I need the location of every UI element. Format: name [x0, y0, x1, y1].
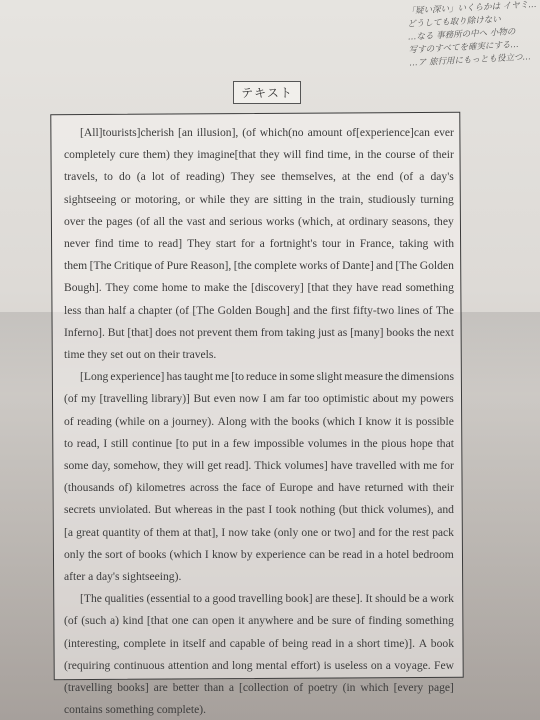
word: train, — [339, 189, 363, 211]
word: work — [430, 588, 454, 610]
word: of — [265, 477, 275, 499]
word: are — [254, 189, 268, 211]
word: time)]. — [384, 633, 415, 655]
word: a — [229, 677, 234, 699]
word: my — [402, 388, 417, 410]
word: It — [365, 588, 372, 610]
word: the — [88, 211, 102, 233]
word: (of — [400, 166, 414, 188]
word: know — [212, 544, 238, 566]
word: in — [307, 189, 316, 211]
word: volumes), — [388, 499, 434, 521]
word: never — [64, 233, 90, 255]
word: the — [364, 433, 378, 455]
word: serious — [229, 211, 262, 233]
word: while — [199, 189, 225, 211]
word: I — [263, 388, 267, 410]
word: Bough] — [255, 300, 290, 322]
word: their — [433, 477, 454, 499]
text-line: completelycurethem)theyimagine[thattheyw… — [58, 144, 458, 166]
word: of — [293, 677, 303, 699]
word: are — [315, 588, 329, 610]
word: bedroom — [413, 544, 454, 566]
word: turning — [420, 189, 454, 211]
word: is — [405, 411, 413, 433]
word: [many] — [350, 322, 383, 344]
word: end — [377, 166, 394, 188]
word: hope — [410, 433, 433, 455]
word: the — [88, 544, 102, 566]
word: Critique — [114, 255, 152, 277]
word: fortnight's — [270, 233, 317, 255]
word: (of — [64, 388, 78, 410]
text-line: contains something complete). — [58, 699, 458, 720]
word: (thousands — [64, 477, 114, 499]
word: they — [230, 189, 250, 211]
word: [collection — [239, 677, 289, 699]
word: volumes] — [285, 455, 328, 477]
word: the — [356, 166, 370, 188]
word: some — [290, 366, 314, 388]
text-line: lessthanhalfachapter(of[TheGoldenBough]a… — [58, 300, 458, 322]
word: have — [356, 277, 378, 299]
text-line: after a day's sightseeing). — [58, 566, 458, 588]
word: Dante] — [342, 255, 374, 277]
word: [The — [80, 588, 102, 610]
word: book] — [286, 588, 313, 610]
word: with — [408, 477, 429, 499]
word: and — [212, 655, 229, 677]
word: from — [261, 322, 284, 344]
word: with — [433, 233, 454, 255]
text-line: someday,somehow,theywillgetread].Thickvo… — [58, 455, 458, 477]
word: of — [170, 166, 180, 188]
word: to — [104, 166, 113, 188]
word: and — [376, 255, 393, 277]
word: impossible — [254, 433, 304, 455]
word: [The — [395, 255, 417, 277]
word: anywhere — [248, 610, 293, 632]
word: (of — [175, 300, 189, 322]
word: effort) — [291, 655, 320, 677]
word: start — [216, 233, 236, 255]
text-line: (interesting,completeinitselfandcapableo… — [58, 633, 458, 655]
word: qualities — [105, 588, 144, 610]
word: and — [437, 499, 454, 521]
word: illusion], — [197, 122, 239, 144]
word: kind — [123, 610, 144, 632]
word: motoring, — [135, 189, 180, 211]
word: pack — [432, 522, 454, 544]
text-line: [Longexperience]hastaughtme[toreduceinso… — [58, 366, 458, 388]
word: take — [251, 522, 270, 544]
word: Along — [218, 411, 247, 433]
word: will — [186, 455, 204, 477]
word: books — [292, 411, 320, 433]
word: with — [399, 455, 420, 477]
word: or — [121, 189, 131, 211]
word: hotel — [386, 544, 409, 566]
word: for — [440, 455, 454, 477]
word: (which — [170, 544, 202, 566]
word: The — [436, 300, 454, 322]
text-line: [All]tourists]cherish[anillusion],(ofwhi… — [58, 122, 458, 144]
word: books — [139, 544, 167, 566]
word: across — [190, 477, 219, 499]
word: volumes — [308, 433, 347, 455]
word: them — [156, 522, 179, 544]
word: have — [331, 455, 353, 477]
word: I — [358, 411, 362, 433]
word: a — [205, 588, 210, 610]
word: continue — [132, 433, 172, 455]
word: all — [153, 211, 165, 233]
word: has — [166, 366, 181, 388]
word: [that — [308, 277, 329, 299]
word: Bough]. — [64, 277, 102, 299]
word: a — [129, 300, 134, 322]
word: my — [81, 388, 96, 410]
word: lines — [398, 300, 420, 322]
word: see — [261, 166, 276, 188]
word: next — [434, 322, 454, 344]
word: in — [366, 544, 375, 566]
word: is — [324, 655, 332, 677]
word: for — [241, 233, 255, 255]
word: short — [357, 633, 380, 655]
word: But — [154, 499, 171, 521]
text-line: [agreatquantityofthematthat],Inowtake(on… — [58, 522, 458, 544]
word: ever — [434, 122, 454, 144]
word: kilometres — [137, 477, 186, 499]
word: them — [235, 322, 258, 344]
word: Europe — [279, 477, 312, 499]
word: be — [328, 544, 339, 566]
word: half — [108, 300, 126, 322]
text-line: neverfindtimetoread]Theystartforafortnig… — [58, 233, 458, 255]
word: optimistic — [323, 388, 369, 410]
word: of — [126, 544, 136, 566]
word: read]. — [225, 455, 252, 477]
text-line: secretsunviolated.ButwhereasinthepastIto… — [58, 499, 458, 521]
word: which — [360, 677, 388, 699]
word: time — [119, 233, 140, 255]
word: rest — [412, 522, 429, 544]
word: (essential — [147, 588, 191, 610]
word: of — [419, 144, 429, 166]
word: than — [204, 677, 224, 699]
word: in — [279, 366, 288, 388]
word: books] — [117, 677, 149, 699]
word: (travelling — [64, 677, 112, 699]
word: which(no — [260, 122, 304, 144]
word: journey). — [172, 411, 214, 433]
word: prevent — [197, 322, 232, 344]
word: a — [378, 544, 383, 566]
text-line: ofreading(whileonajourney).Alongwiththeb… — [58, 411, 458, 433]
text-line: Bough].Theycomehometomakethe[discovery][… — [58, 277, 458, 299]
word: or — [185, 189, 195, 211]
word: in — [170, 633, 179, 655]
section-label: テキスト — [233, 81, 301, 104]
word: imagine[that — [197, 144, 256, 166]
word: They — [105, 277, 129, 299]
word: the — [385, 366, 399, 388]
word: [every — [394, 677, 424, 699]
word: A — [419, 633, 427, 655]
word: and — [317, 477, 334, 499]
word: of — [64, 411, 74, 433]
word: the — [417, 322, 431, 344]
word: (such — [81, 610, 106, 632]
word: on — [148, 411, 160, 433]
word: ordinary — [349, 211, 388, 233]
word: of — [330, 255, 340, 277]
word: and — [293, 300, 310, 322]
word: a — [419, 166, 424, 188]
word: over — [64, 211, 85, 233]
word: their — [433, 144, 454, 166]
word: the — [229, 499, 243, 521]
word: of — [154, 255, 164, 277]
word: I — [268, 499, 272, 521]
word: But — [108, 322, 125, 344]
word: only — [64, 544, 85, 566]
word: still — [111, 433, 128, 455]
word: and — [209, 633, 226, 655]
word: experience] — [110, 366, 164, 388]
text-line: (thousandsof)kilometresacrossthefaceofEu… — [58, 477, 458, 499]
word: (which — [323, 411, 355, 433]
word: (of — [242, 122, 256, 144]
word: unviolated. — [99, 499, 151, 521]
word: measure — [344, 366, 383, 388]
word: home — [162, 277, 188, 299]
word: open — [212, 610, 235, 632]
word: library)] — [151, 388, 190, 410]
word: to — [193, 588, 202, 610]
word: took — [276, 499, 297, 521]
word: [to — [231, 366, 244, 388]
word: continuous — [114, 655, 165, 677]
word: themselves, — [282, 166, 336, 188]
word: chapter — [138, 300, 172, 322]
word: now — [228, 522, 248, 544]
word: Few — [434, 655, 454, 677]
text-line: them[TheCritiqueofPureReason],[thecomple… — [58, 255, 458, 277]
word: they — [174, 144, 194, 166]
word: (while — [115, 411, 145, 433]
word: [The — [192, 300, 214, 322]
word: me — [215, 366, 229, 388]
word: now — [239, 388, 259, 410]
word: They — [187, 233, 211, 255]
word: one — [172, 610, 189, 632]
word: fifty-two — [353, 300, 394, 322]
word: finding — [368, 610, 402, 632]
word: possible — [416, 411, 454, 433]
word: completely — [64, 144, 116, 166]
word: a — [163, 411, 168, 433]
word: taught — [184, 366, 213, 388]
word: books — [386, 322, 414, 344]
word: just — [318, 322, 335, 344]
word: in — [351, 433, 360, 455]
word: (of — [136, 211, 150, 233]
word: taking — [399, 233, 428, 255]
word: get — [207, 455, 221, 477]
word: come — [133, 277, 158, 299]
word: (a — [137, 166, 146, 188]
word: studiously — [368, 189, 416, 211]
word: first — [331, 300, 350, 322]
word: it — [238, 610, 244, 632]
text-line: (of(sucha)kind[thatonecanopenitanywherea… — [58, 610, 458, 632]
word: make — [204, 277, 229, 299]
word: them) — [143, 144, 170, 166]
word: quantity — [102, 522, 140, 544]
word: voyage. — [394, 655, 430, 677]
word: the — [169, 211, 183, 233]
word: travels, — [64, 166, 98, 188]
word: the — [223, 477, 237, 499]
word: to — [191, 277, 200, 299]
word: good — [213, 588, 236, 610]
word: read, — [77, 433, 100, 455]
word: France, — [360, 233, 394, 255]
word: [a — [64, 522, 73, 544]
word: it — [395, 411, 401, 433]
word: a — [224, 433, 229, 455]
word: day's — [430, 166, 453, 188]
word: me — [423, 455, 437, 477]
word: two] — [334, 522, 355, 544]
word: to — [144, 233, 153, 255]
word: complete — [123, 633, 166, 655]
document-body: [All]tourists]cherish[anillusion],(ofwhi… — [58, 122, 458, 720]
word: nothing — [300, 499, 335, 521]
word: to — [64, 433, 73, 455]
word: [the — [234, 255, 252, 277]
word: read — [312, 633, 332, 655]
word: in — [216, 499, 225, 521]
word: works — [266, 211, 294, 233]
word: They — [231, 166, 255, 188]
word: does — [155, 322, 176, 344]
word: and — [209, 211, 226, 233]
word: in — [355, 144, 364, 166]
word: put — [192, 433, 207, 455]
word: reading — [77, 411, 112, 433]
word: of — [144, 522, 154, 544]
word: book — [431, 633, 454, 655]
word: find — [305, 144, 324, 166]
word: [discovery] — [251, 277, 304, 299]
word: they — [434, 211, 454, 233]
word: page] — [428, 677, 454, 699]
word: pages — [106, 211, 132, 233]
word: Reason], — [190, 255, 231, 277]
word: time, — [327, 144, 351, 166]
word: Golden — [420, 255, 454, 277]
word: be — [409, 588, 420, 610]
word: the — [320, 189, 334, 211]
word: read — [343, 544, 363, 566]
word: poetry — [308, 677, 338, 699]
word: be — [317, 610, 328, 632]
word: the — [233, 277, 247, 299]
word: travelling — [238, 588, 282, 610]
word: thick — [361, 499, 384, 521]
word: sitting — [273, 189, 302, 211]
word: past — [246, 499, 265, 521]
word: at — [337, 211, 345, 233]
word: read] — [158, 233, 182, 255]
word: powers — [420, 388, 454, 410]
word: or — [321, 522, 331, 544]
word: of — [355, 610, 365, 632]
word: by — [241, 544, 253, 566]
word: secrets — [64, 499, 96, 521]
word: that], — [194, 522, 218, 544]
text-line: sightseeingormotoring,orwhiletheyaresitt… — [58, 189, 458, 211]
word: them — [64, 255, 87, 277]
word: long — [232, 655, 253, 677]
word: the — [395, 522, 409, 544]
word: far — [288, 388, 301, 410]
word: [that — [147, 610, 168, 632]
word: great — [76, 522, 99, 544]
word: (requiring — [64, 655, 110, 677]
word: do — [119, 166, 131, 188]
word: few — [233, 433, 250, 455]
word: find — [95, 233, 114, 255]
word: I — [103, 433, 107, 455]
word: sure — [332, 610, 351, 632]
word: they — [333, 277, 353, 299]
word: pious — [381, 433, 406, 455]
word: than — [85, 300, 105, 322]
word: [All]tourists]cherish — [80, 122, 174, 144]
word: mental — [256, 655, 288, 677]
word: itself — [182, 633, 205, 655]
word: whereas — [175, 499, 213, 521]
word: too — [304, 388, 319, 410]
word: have — [338, 477, 360, 499]
handwritten-margin-notes: 「疑い深い」いくらかは イヤミ… どうしても取り除けない …なる 事務所の中へ … — [406, 0, 540, 71]
word: (which, — [298, 211, 333, 233]
word: being — [282, 633, 308, 655]
word: should — [375, 588, 406, 610]
word: at — [183, 522, 191, 544]
word: with — [250, 411, 271, 433]
word: of[experience]can — [346, 122, 430, 144]
word: slight — [317, 366, 343, 388]
word: for — [378, 522, 392, 544]
word: and — [358, 522, 375, 544]
word: [that] — [127, 322, 152, 344]
word: a — [386, 655, 391, 677]
text-line: [Thequalities(essentialtoagoodtravelling… — [58, 588, 458, 610]
word: sort — [105, 544, 122, 566]
text-line: onlythesortofbooks(whichIknowbyexperienc… — [58, 544, 458, 566]
word: tour — [322, 233, 341, 255]
word: [Long — [80, 366, 108, 388]
text-line: toread,Istillcontinue[toputinafewimpossi… — [58, 433, 458, 455]
text-line: (ofmy[travellinglibrary)]ButevennowIamfa… — [58, 388, 458, 410]
word: of — [269, 633, 279, 655]
word: they — [260, 144, 280, 166]
